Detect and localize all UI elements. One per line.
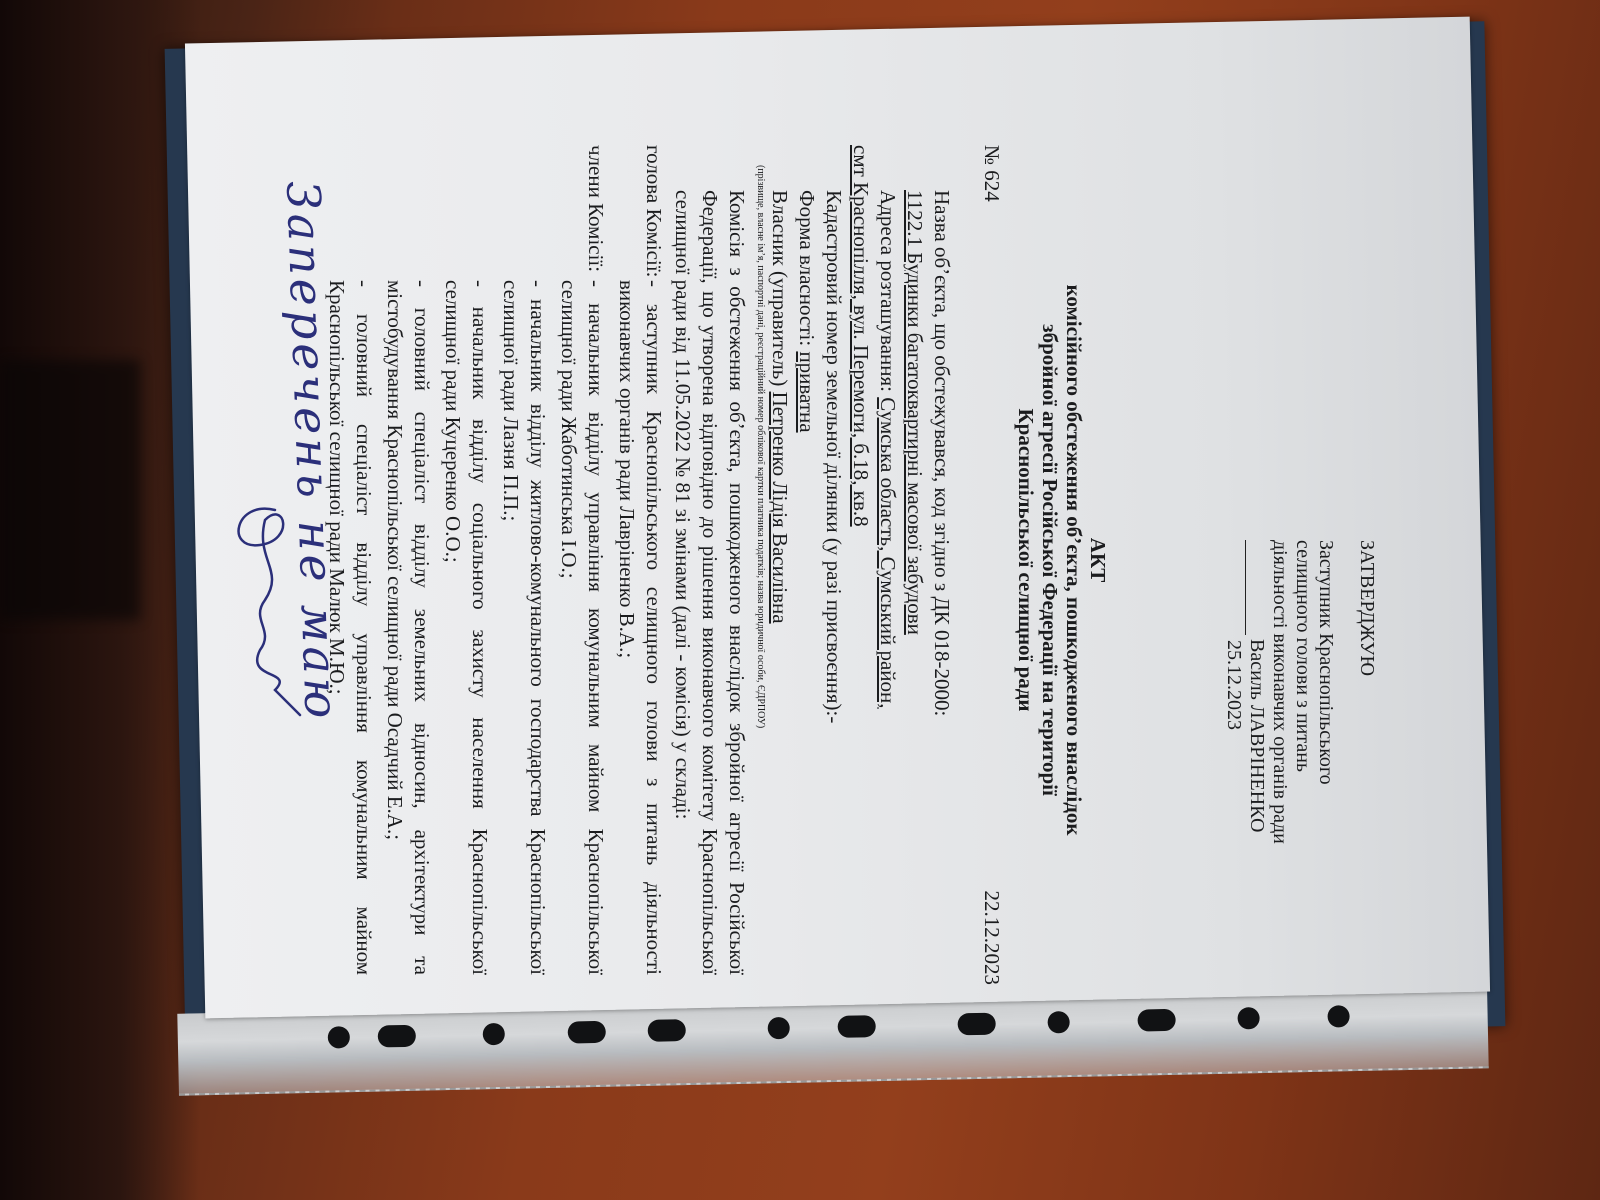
approval-line: Заступник Краснопільського: [1314, 540, 1337, 1060]
member-item: - начальник відділу житлово-комунального…: [497, 145, 551, 975]
table-shadow-object: [0, 360, 140, 620]
punch-hole: [328, 1026, 350, 1048]
document-title: АКТ комісійного обстеження об’єкта, пошк…: [1014, 145, 1110, 975]
signature-line: [1245, 540, 1246, 635]
approval-heading: ЗАТВЕРДЖУЮ: [1355, 540, 1378, 1060]
owner-label: Власник (управитель): [768, 190, 792, 386]
commission-text: Комісія з обстеження об’єкта, пошкоджено…: [669, 145, 750, 975]
address-value: Сумська область, Сумський район,: [876, 397, 900, 708]
document-body: Назва об’єкта, що обстежувався, код згід…: [323, 145, 955, 975]
object-name-value: 1122.1 Будинки багатоквартирні масової з…: [903, 190, 927, 635]
approval-block: ЗАТВЕРДЖУЮ Заступник Краснопільського се…: [1222, 540, 1378, 1060]
punch-hole: [378, 1025, 416, 1048]
address-label: Адреса розташування:: [876, 190, 900, 392]
owner-hint: (прізвище, власне ім’я, паспортні дані, …: [754, 165, 766, 975]
title-line: Краснопільської селищної ради: [1014, 145, 1038, 975]
title-line: збройної агресії Російської Федерації на…: [1038, 145, 1062, 975]
handwritten-signature: [205, 490, 315, 720]
member-item: - начальник відділу управління комунальн…: [555, 280, 609, 975]
act-number: № 624: [978, 145, 1005, 202]
approval-date: 25.12.2023: [1222, 540, 1245, 1060]
approval-line: діяльності виконавчих органів ради: [1268, 540, 1291, 1060]
chair-value: - заступник Краснопільського селищного г…: [613, 280, 667, 975]
ownership-value: приватна: [795, 351, 819, 432]
act-date: 22.12.2023: [978, 891, 1005, 986]
owner-value: Петренко Лідія Василівна: [768, 392, 792, 624]
chair-label: голова Комісії:: [613, 145, 667, 280]
punch-hole: [483, 1023, 505, 1045]
approval-signatory: Василь ЛАВРІНЕНКО: [1246, 639, 1268, 832]
approval-line: селищного голови з питань: [1291, 540, 1314, 1060]
members-label: члени Комісії:: [555, 145, 609, 280]
member-item: - головний спеціаліст відділу земельних …: [381, 145, 435, 975]
member-item: - начальник відділу соціального захисту …: [439, 145, 493, 975]
object-name-label: Назва об’єкта, що обстежувався, код згід…: [928, 145, 955, 975]
cadastral-label: Кадастровий номер земельної ділянки (у р…: [820, 145, 847, 975]
ownership-label: Форма власності:: [795, 190, 819, 346]
address-value-cont: смт Краснопілля, вул. Перемоги, б.18, кв…: [849, 145, 873, 527]
title-line: комісійного обстеження об’єкта, пошкодже…: [1062, 145, 1086, 975]
title-line: АКТ: [1086, 145, 1110, 975]
